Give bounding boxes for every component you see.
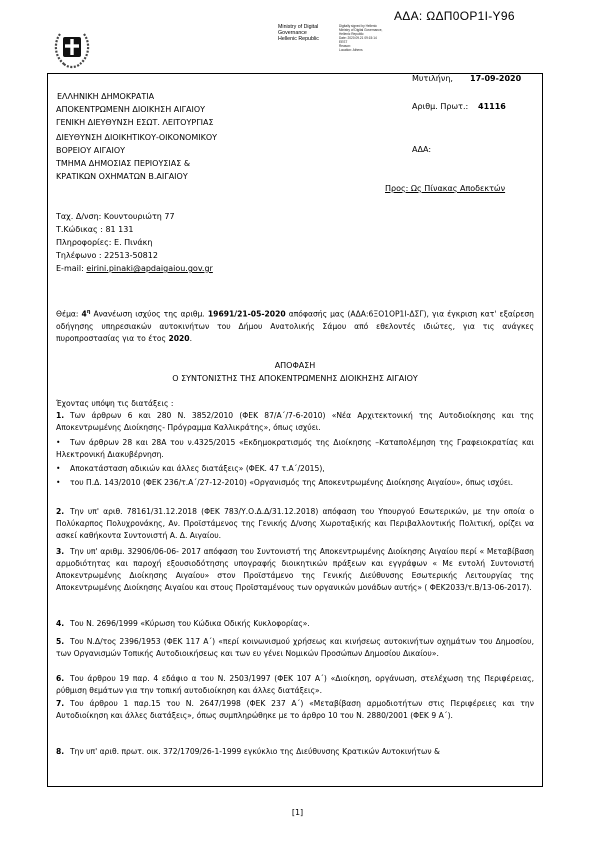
item-number: 7.	[56, 698, 70, 710]
item-text: Του Ν.Δ/τος 2396/1953 (ΦΕΚ 117 Α΄) «περί…	[56, 637, 534, 658]
item-text: Την υπ' αριθμ. 32906/06-06- 2017 απόφαση…	[56, 547, 534, 592]
item-text: Του άρθρου 19 παρ. 4 εδάφιο α του Ν. 250…	[56, 674, 534, 695]
issuer-line: ΤΜΗΜΑ ΔΗΜΟΣΙΑΣ ΠΕΡΙΟΥΣΙΑΣ &	[56, 158, 190, 169]
greek-coat-of-arms-icon	[52, 26, 92, 70]
item-text: Των άρθρων 6 και 280 Ν. 3852/2010 (ΦΕΚ 8…	[56, 411, 534, 432]
item-number: 1.	[56, 410, 70, 422]
issuer-line: ΔΙΕΥΘΥΝΣΗ ΔΙΟΙΚΗΤΙΚΟΥ-ΟΙΚΟΝΟΜΙΚΟΥ	[56, 132, 217, 143]
subject-text: Ανανέωση ισχύος της αριθμ.	[90, 310, 207, 319]
contact-address: Ταχ. Δ/νση: Κουντουριώτη 77	[56, 211, 175, 222]
protocol-label: Αριθμ. Πρωτ.:	[412, 101, 468, 112]
list-item: 6.Του άρθρου 19 παρ. 4 εδάφιο α του Ν. 2…	[56, 673, 534, 697]
item-number: 3.	[56, 546, 70, 558]
item-bullet: •	[56, 477, 70, 489]
subject-paragraph: Θέμα: 4η Ανανέωση ισχύος της αριθμ. 1969…	[56, 306, 534, 345]
list-item: •Αποκατάσταση αδικιών και άλλες διατάξει…	[56, 463, 534, 475]
subject-reference: 19691/21-05-2020	[208, 310, 286, 319]
issuer-line: ΚΡΑΤΙΚΩΝ ΟΧΗΜΑΤΩΝ Β.ΑΙΓΑΙΟΥ	[56, 171, 188, 182]
list-item: 1.Των άρθρων 6 και 280 Ν. 3852/2010 (ΦΕΚ…	[56, 410, 534, 434]
list-item: 7.Του άρθρου 1 παρ.15 του Ν. 2647/1998 (…	[56, 698, 534, 722]
list-item: •του Π.Δ. 143/2010 (ΦΕΚ 236/τ.Α΄/27-12-2…	[56, 477, 534, 489]
digital-signature: Digitally signed by Hellenic Ministry of…	[339, 24, 382, 52]
item-number: 4.	[56, 618, 70, 630]
page-number: [1]	[0, 808, 595, 817]
list-item: 5.Του Ν.Δ/τος 2396/1953 (ΦΕΚ 117 Α΄) «πε…	[56, 636, 534, 660]
item-bullet: •	[56, 463, 70, 475]
list-item: 4.Του Ν. 2696/1999 «Κύρωση του Κώδικα Οδ…	[56, 618, 534, 630]
protocol-number: 41116	[478, 101, 506, 112]
ministry-line: Hellenic Republic	[278, 36, 319, 42]
considering-label: Έχοντας υπόψη τις διατάξεις :	[56, 398, 173, 409]
contact-info: Πληροφορίες: Ε. Πινάκη	[56, 237, 152, 248]
item-text: του Π.Δ. 143/2010 (ΦΕΚ 236/τ.Α΄/27-12-20…	[70, 478, 513, 487]
document-date: 17-09-2020	[470, 73, 521, 84]
decision-subtitle: Ο ΣΥΝΤΟΝΙΣΤΗΣ ΤΗΣ ΑΠΟΚΕΝΤΡΩΜΕΝΗΣ ΔΙΟΙΚΗΣ…	[47, 373, 543, 384]
item-text: Του Ν. 2696/1999 «Κύρωση του Κώδικα Οδικ…	[70, 619, 310, 628]
subject-end: .	[190, 334, 192, 343]
item-number: 8.	[56, 746, 70, 758]
recipients-label: Προς: Ως Πίνακας Αποδεκτών	[385, 183, 505, 194]
list-item: 2.Την υπ' αριθ. 78161/31.12.2018 (ΦΕΚ 78…	[56, 506, 534, 542]
ada-label: ΑΔΑ:	[412, 144, 431, 155]
list-item: 8.Την υπ' αριθ. πρωτ. οικ. 372/1709/26-1…	[56, 746, 534, 758]
issuer-line: ΑΠΟΚΕΝΤΡΩΜΕΝΗ ΔΙΟΙΚΗΣΗ ΑΙΓΑΙΟΥ	[56, 104, 205, 115]
item-number: 6.	[56, 673, 70, 685]
item-text: Την υπ' αριθ. 78161/31.12.2018 (ΦΕΚ 783/…	[56, 507, 534, 540]
list-item: 3.Την υπ' αριθμ. 32906/06-06- 2017 απόφα…	[56, 546, 534, 594]
item-text: Του άρθρου 1 παρ.15 του Ν. 2647/1998 (ΦΕ…	[56, 699, 534, 720]
ada-stamp: ΑΔΑ: ΩΔΠ0ΟΡ1Ι-Υ96	[394, 9, 515, 23]
issuer-line: ΒΟΡΕΙΟΥ ΑΙΓΑΙΟΥ	[56, 145, 125, 156]
contact-phone: Τηλέφωνο : 22513-50812	[56, 250, 158, 261]
decision-title: ΑΠΟΦΑΣΗ	[47, 360, 543, 371]
email-label: E-mail:	[56, 264, 86, 273]
place-label: Μυτιλήνη,	[412, 73, 453, 84]
item-number: 2.	[56, 506, 70, 518]
contact-postal-code: Τ.Κώδικας : 81 131	[56, 224, 133, 235]
subject-year: 2020	[168, 334, 189, 343]
item-text: Των άρθρων 28 και 28Α του ν.4325/2015 «Ε…	[56, 438, 534, 459]
subject-prefix: Θέμα:	[56, 310, 82, 319]
email-link[interactable]: eirini.pinaki@apdaigaiou.gov.gr	[86, 264, 213, 273]
issuer-line: ΓΕΝΙΚΗ ΔΙΕΥΘΥΝΣΗ ΕΣΩΤ. ΛΕΙΤΟΥΡΓΙΑΣ	[56, 117, 214, 128]
item-text: Αποκατάσταση αδικιών και άλλες διατάξεις…	[70, 464, 325, 473]
issuer-line: ΕΛΛΗΝΙΚΗ ΔΗΜΟΚΡΑΤΙΑ	[57, 91, 154, 102]
item-number: 5.	[56, 636, 70, 648]
item-bullet: •	[56, 437, 70, 449]
item-text: Την υπ' αριθ. πρωτ. οικ. 372/1709/26-1-1…	[70, 747, 440, 756]
list-item: •Των άρθρων 28 και 28Α του ν.4325/2015 «…	[56, 437, 534, 461]
signature-line: Location: Athens	[339, 48, 382, 52]
ministry-label: Ministry of Digital Governance Hellenic …	[278, 24, 319, 42]
